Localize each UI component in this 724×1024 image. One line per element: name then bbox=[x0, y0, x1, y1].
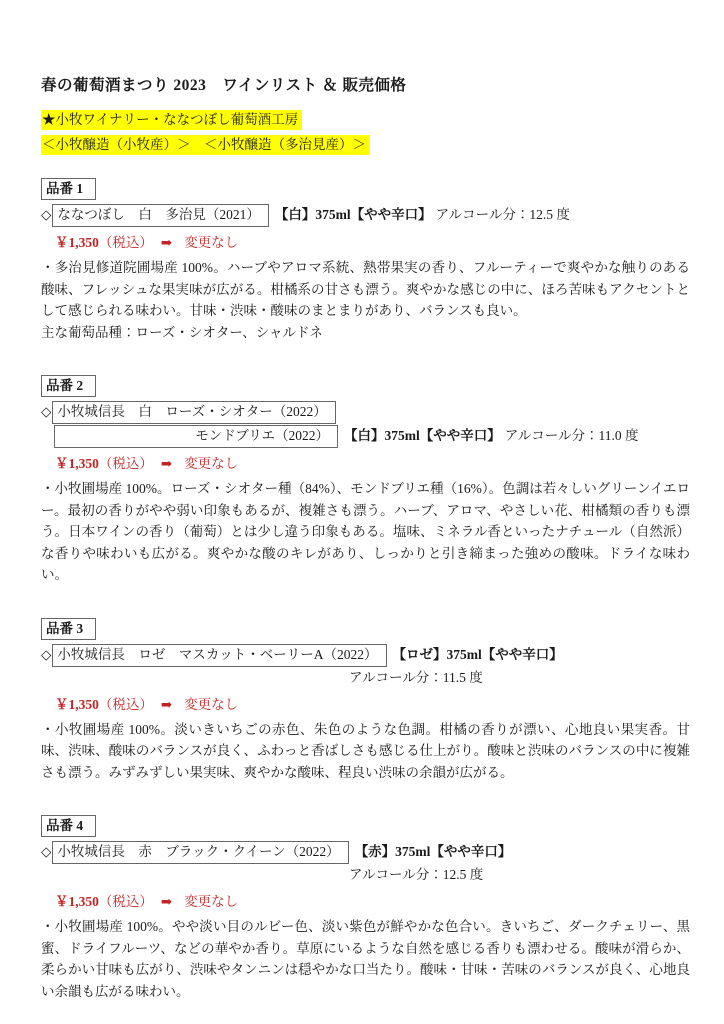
price-line: ￥1,350（税込）➡変更なし bbox=[55, 231, 690, 254]
winery-header-line: ★小牧ワイナリー・ななつぼし葡萄酒工房 bbox=[41, 109, 690, 131]
document-page: 春の葡萄酒まつり 2023 ワインリスト ＆ 販売価格 ★小牧ワイナリー・ななつ… bbox=[0, 0, 724, 1024]
wine-alcohol: アルコール分：11.5 度 bbox=[349, 670, 483, 685]
diamond-icon: ◇ bbox=[41, 207, 51, 222]
grape-varieties-line: 主な葡萄品種：ローズ・シオター、シャルドネ bbox=[41, 322, 690, 344]
diamond-icon: ◇ bbox=[41, 404, 51, 419]
diamond-icon: ◇ bbox=[41, 647, 51, 662]
price-change-note: 変更なし bbox=[184, 697, 238, 712]
wine-description: ・小牧圃場産 100%。ローズ・シオター種（84%）、モンドブリエ種（16%）。… bbox=[41, 478, 690, 586]
arrow-right-icon: ➡ bbox=[161, 456, 172, 471]
item-number-row: 品番 2 bbox=[41, 375, 690, 400]
diamond-icon: ◇ bbox=[41, 844, 51, 859]
wine-spec-wrap: 【赤】375ml【やや辛口】アルコール分：12.5 度 bbox=[349, 844, 512, 859]
price-change-note: 変更なし bbox=[184, 894, 238, 909]
wine-name-box: 小牧城信長 白 ローズ・シオター（2022） bbox=[52, 401, 335, 424]
alcohol-row: アルコール分：12.5 度 bbox=[349, 864, 690, 886]
wine-description: ・小牧圃場産 100%。やや淡い目のルビー色、淡い紫色が鮮やかな色合い。きいちご… bbox=[41, 916, 690, 1002]
price-line: ￥1,350（税込）➡変更なし bbox=[55, 890, 690, 913]
wine-alcohol: アルコール分：12.5 度 bbox=[349, 867, 483, 882]
price-change-note: 変更なし bbox=[184, 456, 238, 471]
wine-name-box: 小牧城信長 赤 ブラック・クイーン（2022） bbox=[52, 841, 348, 864]
wine-item: 品番 3 ◇小牧城信長 ロゼ マスカット・ベーリーA（2022）【ロゼ】375m… bbox=[41, 618, 690, 784]
wine-items-list: 品番 1 ◇ななつぼし 白 多治見（2021）【白】375ml【やや辛口】アルコ… bbox=[41, 178, 690, 1002]
wine-spec: 【白】375ml【やや辛口】 bbox=[275, 207, 432, 222]
wine-name-box-2: モンドブリエ（2022） bbox=[54, 425, 338, 448]
wine-description: ・小牧圃場産 100%。淡いきいちごの赤色、朱色のような色調。柑橘の香りが漂い、… bbox=[41, 719, 690, 784]
brewery-header-line: ＜小牧醸造（小牧産）＞ ＜小牧醸造（多治見産）＞ bbox=[41, 134, 690, 156]
arrow-right-icon: ➡ bbox=[161, 697, 172, 712]
item-number-box: 品番 2 bbox=[41, 375, 96, 397]
arrow-right-icon: ➡ bbox=[161, 235, 172, 250]
price-change-note: 変更なし bbox=[184, 235, 238, 250]
item-number-row: 品番 3 bbox=[41, 618, 690, 643]
price-amount: ￥1,350 bbox=[55, 697, 99, 712]
wine-name-row: ◇ななつぼし 白 多治見（2021）【白】375ml【やや辛口】アルコール分：1… bbox=[41, 203, 690, 227]
price-amount: ￥1,350 bbox=[55, 894, 99, 909]
brewery-highlight: ＜小牧醸造（小牧産）＞ ＜小牧醸造（多治見産）＞ bbox=[41, 135, 370, 155]
wine-item: 品番 1 ◇ななつぼし 白 多治見（2021）【白】375ml【やや辛口】アルコ… bbox=[41, 178, 690, 343]
price-tax-label: （税込） bbox=[99, 456, 153, 471]
item-number-box: 品番 4 bbox=[41, 815, 96, 837]
winery-highlight: ★小牧ワイナリー・ななつぼし葡萄酒工房 bbox=[41, 110, 302, 130]
wine-alcohol: アルコール分：12.5 度 bbox=[436, 207, 570, 222]
item-number-box: 品番 3 bbox=[41, 618, 96, 640]
page-title: 春の葡萄酒まつり 2023 ワインリスト ＆ 販売価格 bbox=[41, 76, 690, 96]
item-number-row: 品番 4 bbox=[41, 815, 690, 840]
wine-name-box: ななつぼし 白 多治見（2021） bbox=[52, 204, 269, 227]
wine-item: 品番 2 ◇小牧城信長 白 ローズ・シオター（2022）【白】375ml【やや辛… bbox=[41, 375, 690, 586]
wine-spec: 【白】375ml【やや辛口】 bbox=[344, 428, 501, 443]
wine-spec-wrap: 【ロゼ】375ml【やや辛口】アルコール分：11.5 度 bbox=[387, 647, 563, 662]
item-number-box: 品番 1 bbox=[41, 178, 96, 200]
price-tax-label: （税込） bbox=[99, 697, 153, 712]
price-line: ￥1,350（税込）➡変更なし bbox=[55, 693, 690, 716]
wine-spec-wrap: 【白】375ml【やや辛口】アルコール分：12.5 度 bbox=[269, 207, 570, 222]
price-tax-label: （税込） bbox=[99, 894, 153, 909]
alcohol-row: アルコール分：11.5 度 bbox=[349, 667, 690, 689]
price-amount: ￥1,350 bbox=[55, 456, 99, 471]
price-line: ￥1,350（税込）➡変更なし bbox=[55, 452, 690, 475]
price-amount: ￥1,350 bbox=[55, 235, 99, 250]
wine-alcohol: アルコール分：11.0 度 bbox=[505, 428, 639, 443]
arrow-right-icon: ➡ bbox=[161, 894, 172, 909]
wine-description: ・多治見修道院圃場産 100%。ハーブやアロマ系統、熱帯果実の香り、フルーティー… bbox=[41, 257, 690, 322]
wine-spec: 【赤】375ml【やや辛口】 bbox=[355, 844, 512, 859]
item-number-row: 品番 1 bbox=[41, 178, 690, 203]
wine-item: 品番 4 ◇小牧城信長 赤 ブラック・クイーン（2022）【赤】375ml【やや… bbox=[41, 815, 690, 1002]
wine-name-row: ◇小牧城信長 白 ローズ・シオター（2022）【白】375ml【やや辛口】アルコ… bbox=[41, 400, 690, 424]
wine-spec: 【ロゼ】375ml【やや辛口】 bbox=[393, 647, 563, 662]
price-tax-label: （税込） bbox=[99, 235, 153, 250]
wine-name-row: ◇小牧城信長 赤 ブラック・クイーン（2022）【赤】375ml【やや辛口】アル… bbox=[41, 840, 690, 864]
wine-name-row-2: モンドブリエ（2022）【白】375ml【やや辛口】アルコール分：11.0 度 bbox=[54, 424, 690, 448]
wine-name-box: 小牧城信長 ロゼ マスカット・ベーリーA（2022） bbox=[52, 644, 386, 667]
wine-name-row: ◇小牧城信長 ロゼ マスカット・ベーリーA（2022）【ロゼ】375ml【やや辛… bbox=[41, 643, 690, 667]
